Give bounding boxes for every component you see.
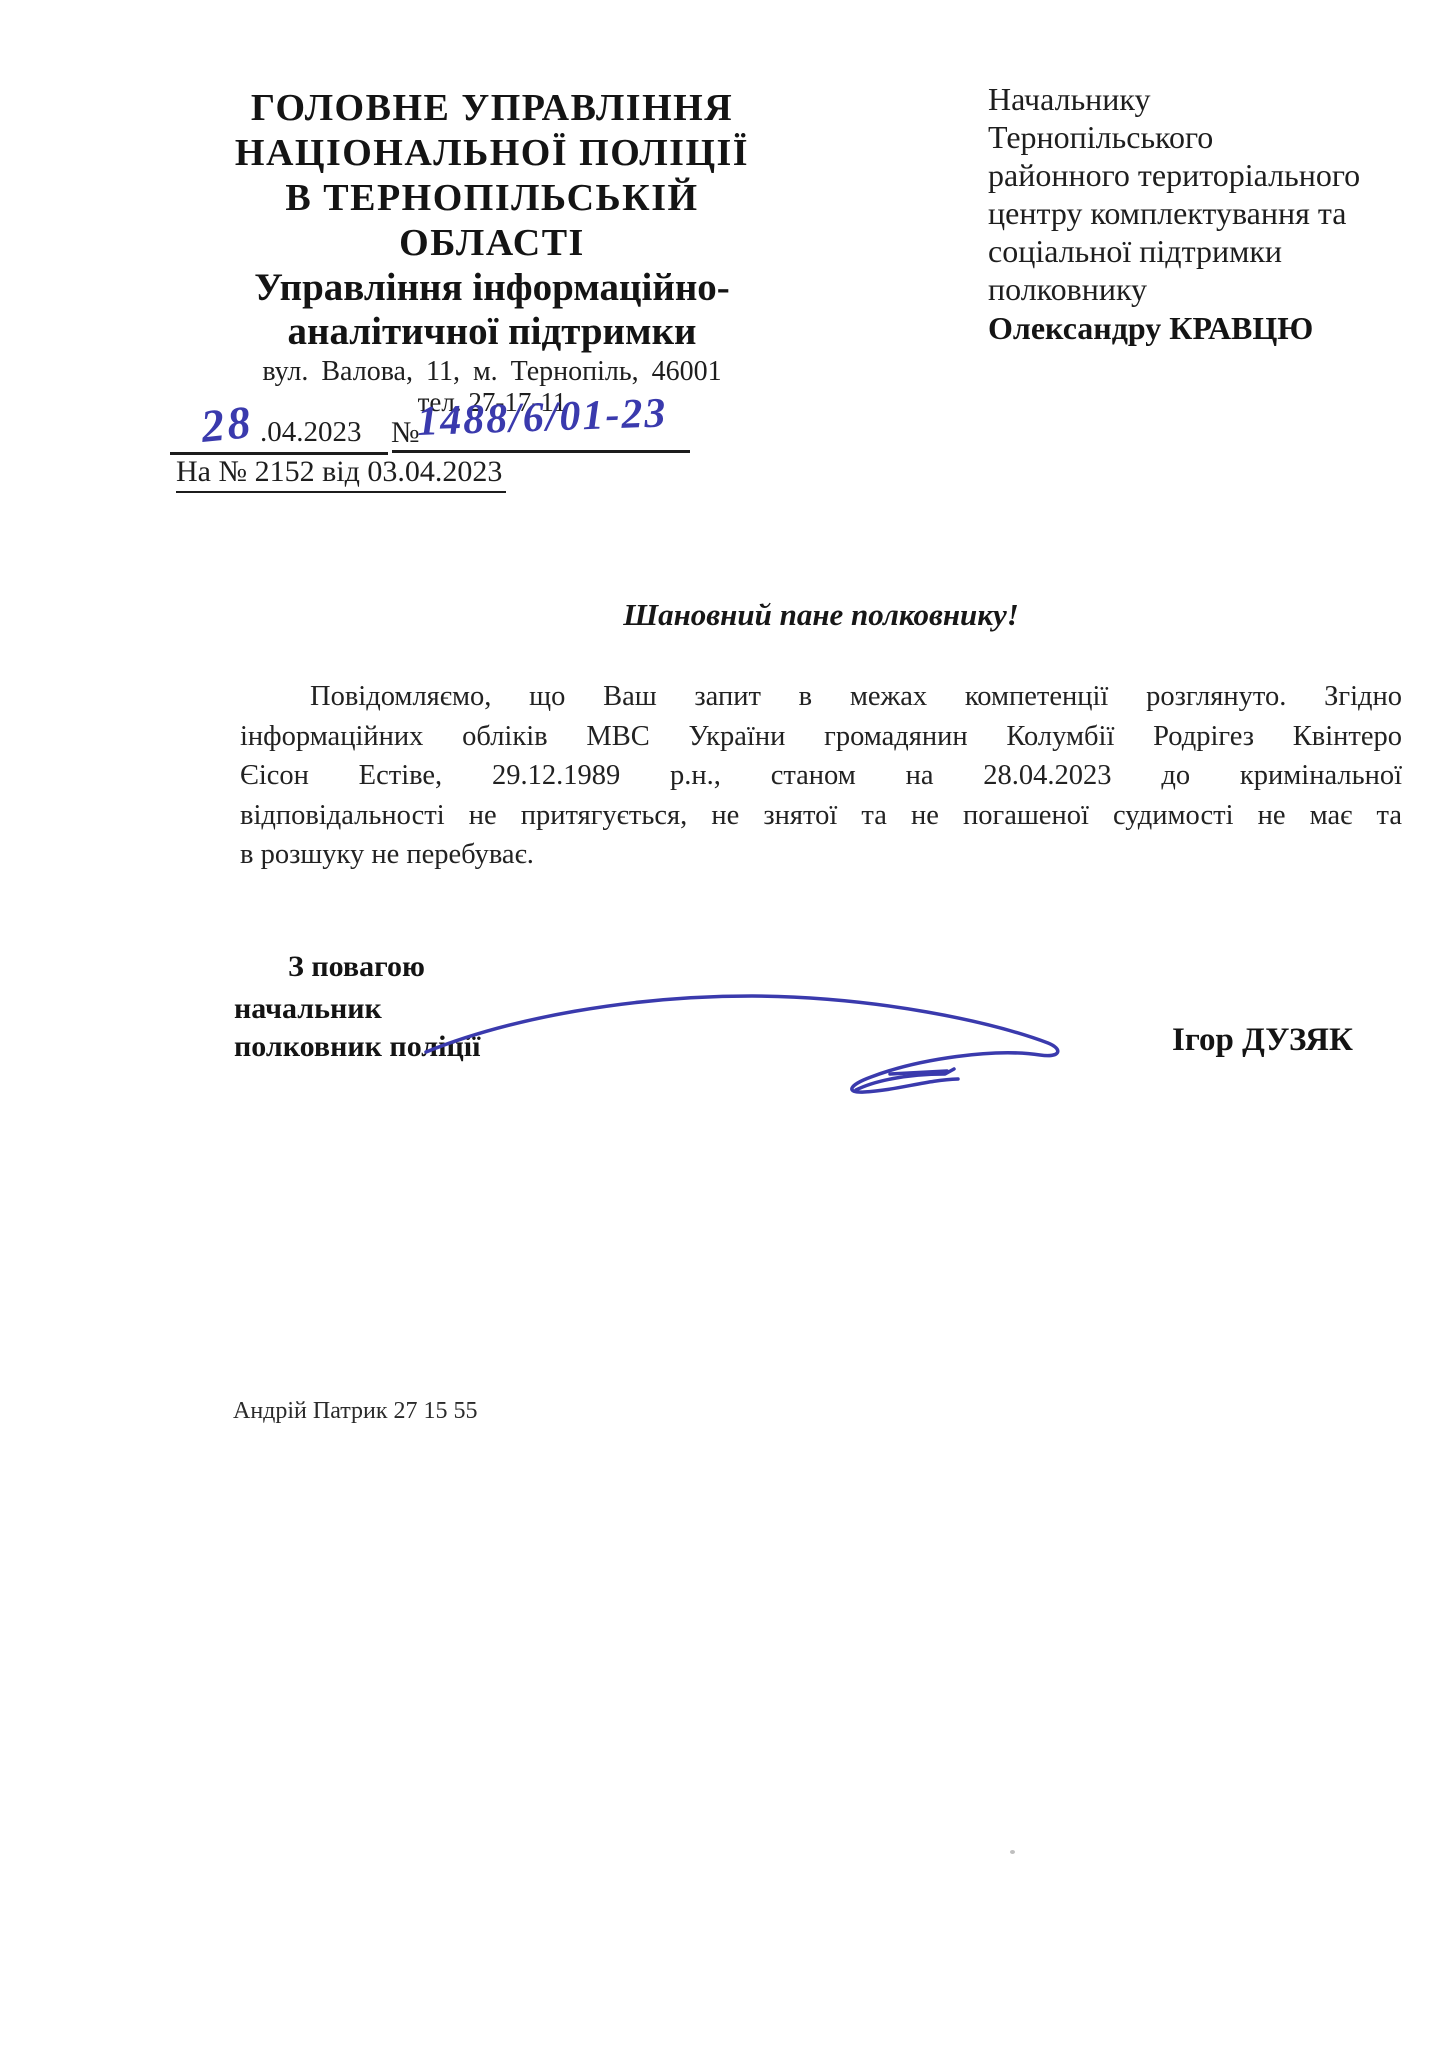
closing-phrase: З повагою (288, 950, 425, 984)
handwritten-outgoing-number: 1488/6/01-23 (416, 389, 668, 446)
number-fill-line (392, 450, 690, 453)
department-line-2: аналітичної підтримки (168, 310, 816, 354)
addressee-name: Олександру КРАВЦЮ (988, 308, 1418, 348)
addressee-block: Начальнику Тернопільського районного тер… (988, 80, 1418, 348)
body-line-2: інформаційних обліків МВС України громад… (240, 717, 1402, 757)
addressee-line-3: районного територіального (988, 156, 1418, 194)
addressee-line-2: Тернопільського (988, 118, 1418, 156)
body-line-3: Єісон Естіве, 29.12.1989 р.н., станом на… (240, 756, 1402, 796)
org-name-line-3: В ТЕРНОПІЛЬСЬКІЙ (168, 176, 816, 221)
body-paragraph: Повідомляємо, що Ваш запит в межах компе… (240, 677, 1402, 875)
addressee-line-1: Начальнику (988, 80, 1418, 118)
scan-speck (1010, 1850, 1015, 1854)
body-line-5: в розшуку не перебуває. (240, 835, 1402, 875)
signer-position-line-1: начальник (234, 992, 382, 1026)
handwritten-day: 28 (198, 395, 255, 453)
executor-contact: Андрій Патрик 27 15 55 (233, 1398, 478, 1425)
letterhead-address: вул. Валова, 11, м. Тернопіль, 46001 (168, 356, 816, 388)
addressee-line-4: центру комплектування та (988, 194, 1418, 232)
scanned-letter-page: ГОЛОВНЕ УПРАВЛІННЯ НАЦІОНАЛЬНОЇ ПОЛІЦІЇ … (0, 0, 1448, 2048)
signer-position-line-2: полковник поліції (234, 1030, 480, 1064)
org-name-line-2: НАЦІОНАЛЬНОЇ ПОЛІЦІЇ (168, 131, 816, 176)
body-line-1: Повідомляємо, що Ваш запит в межах компе… (240, 677, 1402, 717)
printed-date: .04.2023 (260, 416, 362, 449)
letterhead: ГОЛОВНЕ УПРАВЛІННЯ НАЦІОНАЛЬНОЇ ПОЛІЦІЇ … (168, 86, 816, 416)
reply-reference: На № 2152 від 03.04.2023 (176, 456, 506, 493)
department-line-1: Управління інформаційно- (168, 266, 816, 310)
org-name-line-1: ГОЛОВНЕ УПРАВЛІННЯ (168, 86, 816, 131)
number-sign: № (391, 416, 420, 450)
salutation: Шановний пане полковнику! (240, 597, 1402, 633)
body-line-4: відповідальності не притягується, не зня… (240, 796, 1402, 836)
addressee-line-6: полковнику (988, 270, 1418, 308)
signer-name: Ігор ДУЗЯК (1172, 1022, 1353, 1059)
addressee-line-5: соціальної підтримки (988, 232, 1418, 270)
org-name-line-4: ОБЛАСТІ (168, 221, 816, 266)
